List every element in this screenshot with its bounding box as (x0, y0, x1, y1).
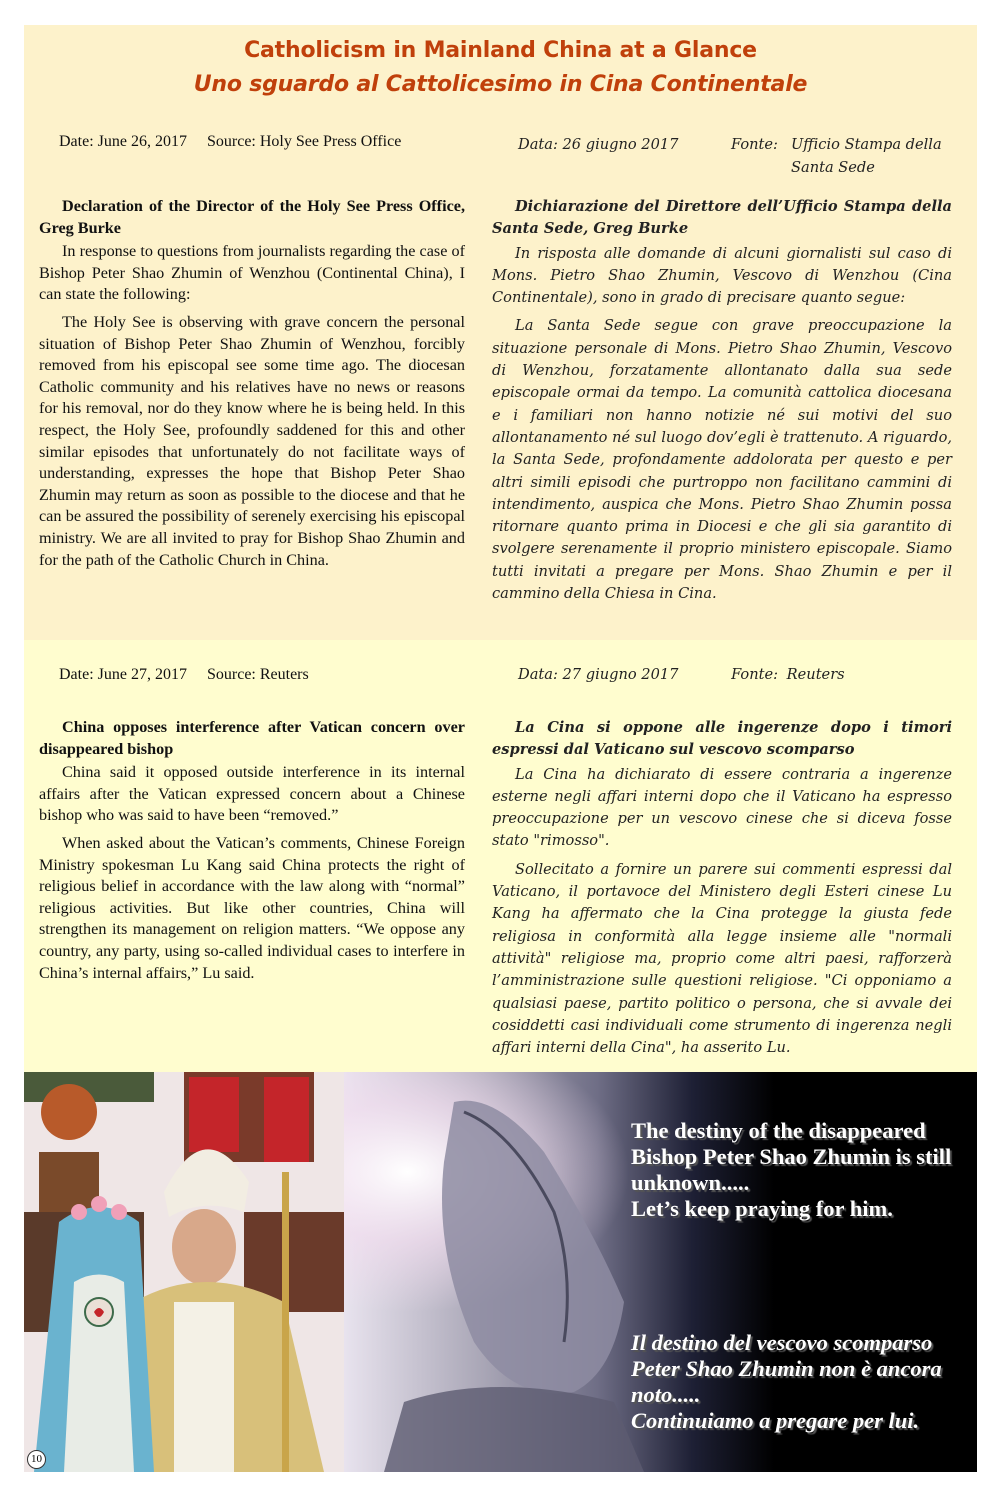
article1-source-en: Source: Holy See Press Office (207, 133, 401, 151)
article2-paragraph-it: La Cina ha dichiarato di essere contrari… (492, 764, 952, 853)
article2-body-en: China opposes interference after Vatican… (39, 717, 465, 990)
article2-paragraph: China said it opposed outside interferen… (39, 762, 465, 827)
article1-body-en: Declaration of the Director of the Holy … (39, 196, 465, 577)
page-number: 10 (27, 1450, 46, 1469)
article1-meta-it: Data: 26 giugno 2017 Fonte: Ufficio Stam… (518, 133, 958, 156)
article1-headline-it: Dichiarazione del Direttore dell’Ufficio… (492, 196, 952, 241)
article1-meta-en: Date: June 26, 2017 Source: Holy See Pre… (59, 133, 401, 151)
article2-meta-en: Date: June 27, 2017 Source: Reuters (59, 666, 309, 684)
article2-body-it: La Cina si oppone alle ingerenze dopo i … (492, 717, 952, 1065)
article2-source-it: Reuters (787, 666, 845, 683)
article1-date-en: Date: June 26, 2017 (59, 133, 187, 151)
article1-paragraph: The Holy See is observing with grave con… (39, 312, 465, 571)
article2-paragraph-it: Sollecitato a fornire un parere sui comm… (492, 859, 952, 1060)
article1-paragraph: In response to questions from journalist… (39, 241, 465, 306)
article1-source-label-it: Fonte: (731, 133, 778, 156)
image-strip: 10 The destiny of the disappeared Bis (24, 1072, 977, 1472)
praying-hands-photo: The destiny of the disappeared Bishop Pe… (344, 1072, 977, 1472)
caption-italian: Il destino del vescovo scomparso Peter S… (631, 1330, 942, 1434)
page-title-en: Catholicism in Mainland China at a Glanc… (24, 38, 977, 63)
article1-paragraph-it: In risposta alle domande di alcuni giorn… (492, 243, 952, 310)
section-holy-see-declaration: Catholicism in Mainland China at a Glanc… (24, 25, 977, 640)
bishop-photo: 10 (24, 1072, 344, 1472)
article2-headline-it: La Cina si oppone alle ingerenze dopo i … (492, 717, 952, 762)
article2-source-label-it: Fonte: (731, 666, 778, 683)
section-reuters-report: Date: June 27, 2017 Source: Reuters Data… (24, 640, 977, 1072)
article1-body-it: Dichiarazione del Direttore dell’Ufficio… (492, 196, 952, 611)
article2-headline-en: China opposes interference after Vatican… (39, 717, 465, 760)
article2-date-en: Date: June 27, 2017 (59, 666, 187, 684)
article1-headline-en: Declaration of the Director of the Holy … (39, 196, 465, 239)
article1-date-it: Data: 26 giugno 2017 (518, 133, 678, 156)
article2-source-en: Source: Reuters (207, 666, 309, 684)
article2-date-it: Data: 27 giugno 2017 (518, 666, 678, 683)
article2-paragraph: When asked about the Vatican’s comments,… (39, 833, 465, 984)
caption-english: The destiny of the disappeared Bishop Pe… (631, 1118, 951, 1222)
bishop-with-statue-icon (24, 1072, 344, 1472)
article1-paragraph-it: La Santa Sede segue con grave preoccupaz… (492, 315, 952, 605)
page-title-it: Uno sguardo al Cattolicesimo in Cina Con… (24, 72, 977, 97)
article1-source-it: Ufficio Stampa della Santa Sede (791, 133, 961, 179)
article2-meta-it: Data: 27 giugno 2017 Fonte: Reuters (518, 666, 845, 683)
